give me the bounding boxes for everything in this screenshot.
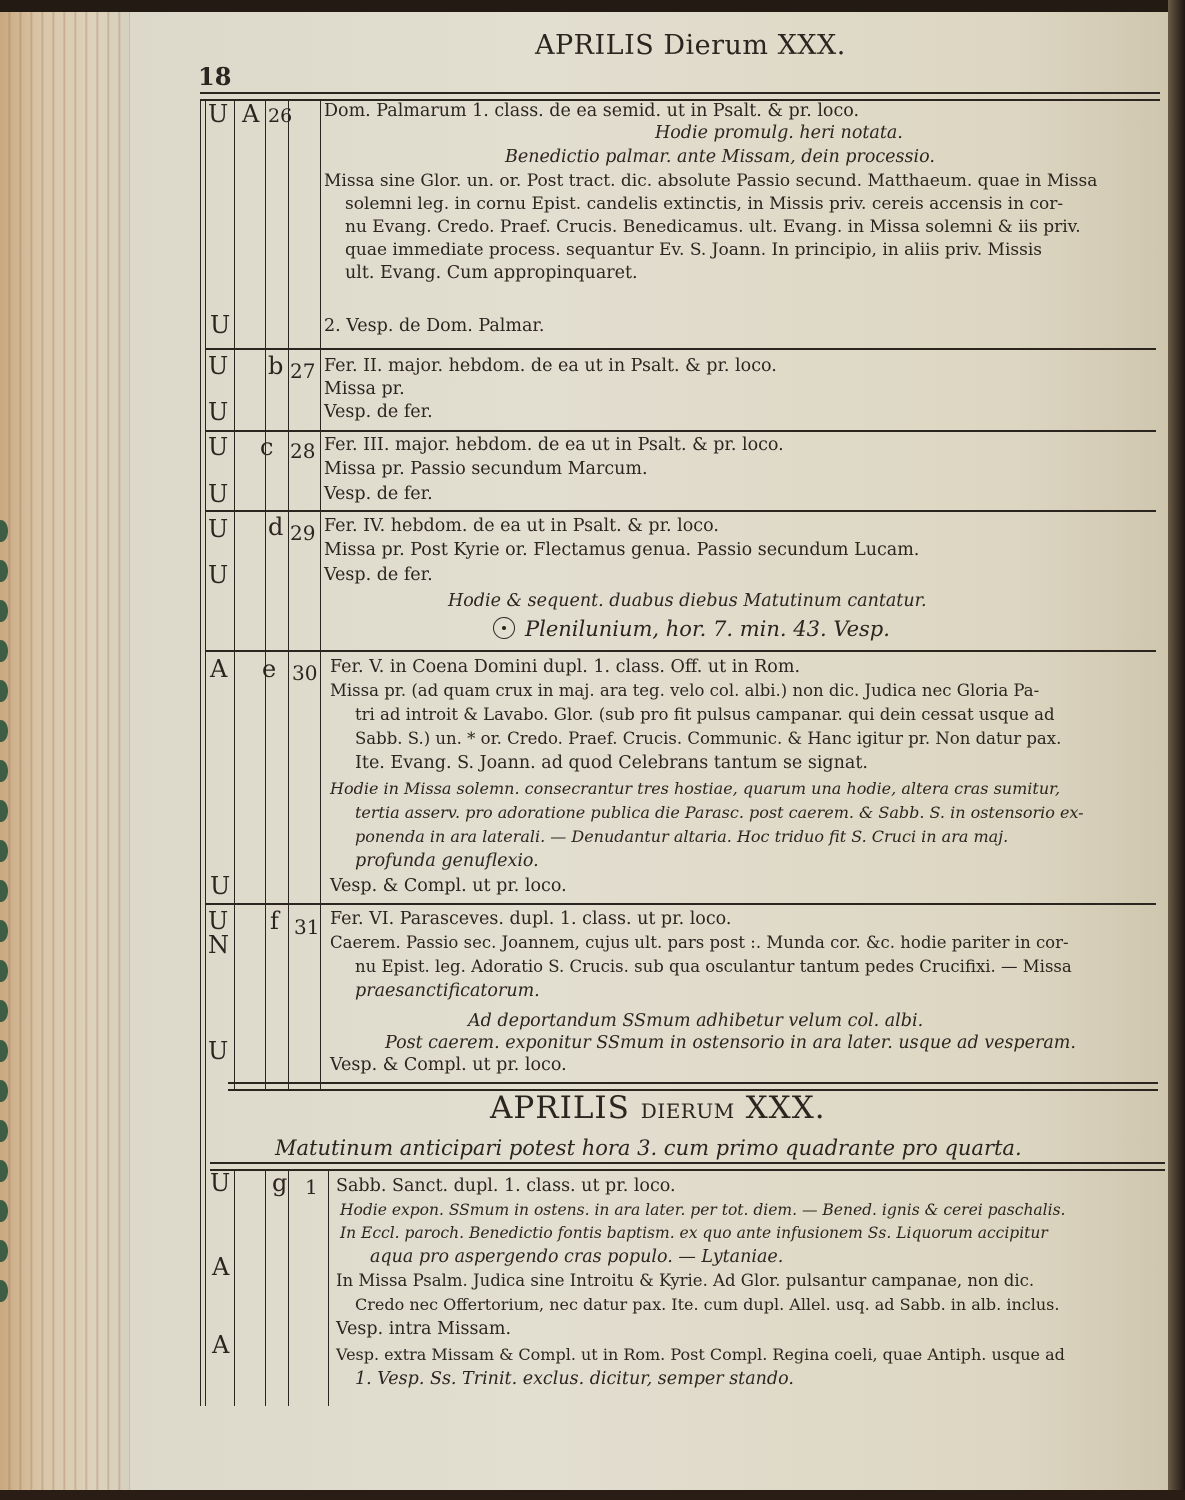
entry-line: tertia asserv. pro adoratione publica di…: [355, 802, 1084, 824]
column-divider-1b: [234, 1170, 235, 1406]
entry-line: Vesp. de fer.: [324, 401, 433, 423]
section-title-main: APRILIS: [490, 1090, 630, 1126]
entry-line: Missa pr. Passio secundum Marcum.: [324, 458, 648, 480]
office-mark: U: [208, 355, 228, 377]
entry-line: nu Evang. Credo. Praef. Crucis. Benedica…: [345, 216, 1081, 238]
entry-rule: [206, 650, 1156, 652]
entry-line: Dom. Palmarum 1. class. de ea semid. ut …: [324, 100, 859, 122]
column-divider-3: [288, 100, 289, 1090]
section-title-small: DIERUM: [641, 1099, 735, 1123]
dominical-letter: A: [242, 103, 259, 125]
entry-line: 2. Vesp. de Dom. Palmar.: [324, 315, 544, 337]
column-divider-2b: [265, 1170, 266, 1406]
full-moon-icon: [493, 617, 515, 639]
day-number: 29: [290, 522, 315, 544]
entry-line: Missa pr.: [324, 378, 405, 400]
entry-line: Fer. V. in Coena Domini dupl. 1. class. …: [330, 656, 800, 678]
day-number: 31: [294, 916, 319, 938]
entry-line: quae immediate process. sequantur Ev. S.…: [345, 239, 1042, 261]
entry-line: profunda genuflexio.: [355, 850, 539, 872]
lunar-note: Plenilunium, hor. 7. min. 43. Vesp.: [493, 616, 890, 642]
office-mark: U: [210, 875, 230, 897]
entry-line: Vesp. de fer.: [324, 483, 433, 505]
entry-line: solemni leg. in cornu Epist. candelis ex…: [345, 193, 1063, 215]
office-mark: U: [208, 564, 228, 586]
entry-line: Hodie & sequent. duabus diebus Matutinum…: [448, 590, 927, 612]
office-mark: U: [208, 103, 228, 125]
entry-line: In Eccl. paroch. Benedictio fontis bapti…: [340, 1222, 1048, 1244]
dominical-letter: c: [260, 436, 273, 458]
book-cover-bottom-edge: [0, 1490, 1185, 1500]
entry-line: Fer. III. major. hebdom. de ea ut in Psa…: [324, 434, 784, 456]
section-bottom-double-rule: [210, 1162, 1165, 1171]
entry-line: Hodie expon. SSmum in ostens. in ara lat…: [340, 1199, 1065, 1221]
entry-line: aqua pro aspergendo cras populo. — Lytan…: [370, 1246, 783, 1268]
entry-rule: [206, 348, 1156, 350]
page-number: 18: [198, 62, 231, 91]
entry-line: Post caerem. exponitur SSmum in ostensor…: [385, 1032, 1076, 1054]
dominical-letter: b: [268, 355, 283, 377]
entry-line: Vesp. intra Missam.: [336, 1318, 511, 1340]
office-mark: A: [210, 658, 227, 680]
entry-line: Hodie in Missa solemn. consecrantur tres…: [330, 778, 1060, 800]
entry-line: Caerem. Passio sec. Joannem, cujus ult. …: [330, 932, 1069, 954]
frame-left-inner: [205, 100, 206, 1406]
day-number: 27: [290, 360, 315, 382]
frame-left-outer: [200, 100, 201, 1406]
dominical-letter: f: [270, 910, 279, 932]
entry-line: Missa pr. Post Kyrie or. Flectamus genua…: [324, 539, 919, 561]
entry-line: Ad deportandum SSmum adhibetur velum col…: [468, 1010, 923, 1032]
day-number: 28: [290, 440, 315, 462]
entry-line: Fer. II. major. hebdom. de ea ut in Psal…: [324, 355, 777, 377]
office-mark: A: [212, 1334, 229, 1356]
entry-line: praesanctificatorum.: [355, 980, 540, 1002]
column-divider-4: [320, 100, 321, 1090]
entry-line: tri ad introit & Lavabo. Glor. (sub pro …: [355, 704, 1055, 726]
entry-line: nu Epist. leg. Adoratio S. Crucis. sub q…: [355, 956, 1072, 978]
office-mark: N: [208, 934, 229, 956]
day-number: 30: [292, 662, 317, 684]
column-divider-4b: [328, 1170, 329, 1406]
entry-line: Vesp. & Compl. ut pr. loco.: [330, 875, 567, 897]
running-head: APRILIS Dierum XXX.: [535, 30, 846, 61]
binding-stitching: [0, 0, 12, 1500]
entry-line: ult. Evang. Cum appropinquaret.: [345, 262, 638, 284]
office-mark: U: [208, 1040, 228, 1062]
entry-line: ponenda in ara laterali. — Denudantur al…: [355, 826, 1008, 848]
entry-line: 1. Vesp. Ss. Trinit. exclus. dicitur, se…: [355, 1368, 794, 1390]
office-mark: U: [208, 910, 228, 932]
page-right-edge-shadow: [1168, 0, 1185, 1500]
office-mark: U: [208, 483, 228, 505]
page-edges: [0, 12, 135, 1497]
office-mark: A: [212, 1256, 229, 1278]
dominical-letter: d: [268, 516, 283, 538]
office-mark: U: [208, 436, 228, 458]
entry-rule: [206, 903, 1156, 905]
day-number: 26: [268, 105, 292, 127]
entry-line: Credo nec Offertorium, nec datur pax. It…: [355, 1294, 1059, 1316]
lunar-note-text: Plenilunium, hor. 7. min. 43. Vesp.: [525, 617, 890, 641]
entry-line: Sabb. S.) un. * or. Credo. Praef. Crucis…: [355, 728, 1061, 750]
entry-line: Missa pr. (ad quam crux in maj. ara teg.…: [330, 680, 1039, 702]
entry-rule: [206, 510, 1156, 512]
entry-line: Missa sine Glor. un. or. Post tract. dic…: [324, 170, 1097, 192]
entry-line: Sabb. Sanct. dupl. 1. class. ut pr. loco…: [336, 1175, 676, 1197]
column-divider-1: [234, 100, 235, 1090]
section-title-number: XXX.: [746, 1090, 826, 1126]
day-number: 1: [305, 1176, 318, 1198]
entry-line: Fer. VI. Parasceves. dupl. 1. class. ut …: [330, 908, 731, 930]
entry-line: Vesp. de fer.: [324, 564, 433, 586]
section-note: Matutinum anticipari potest hora 3. cum …: [275, 1136, 1022, 1160]
section-title: APRILIS DIERUM XXX.: [490, 1090, 826, 1126]
column-divider-3b: [288, 1170, 289, 1406]
entry-line: Hodie promulg. heri notata.: [655, 122, 903, 144]
office-mark: U: [208, 518, 228, 540]
entry-line: Vesp. & Compl. ut pr. loco.: [330, 1054, 567, 1076]
column-divider-2: [265, 100, 266, 1090]
office-mark: U: [210, 314, 230, 336]
entry-line: Vesp. extra Missam & Compl. ut in Rom. P…: [336, 1344, 1065, 1366]
entry-line: In Missa Psalm. Judica sine Introitu & K…: [336, 1270, 1034, 1292]
dominical-letter: e: [262, 658, 276, 680]
office-mark: U: [210, 1172, 230, 1194]
entry-line: Ite. Evang. S. Joann. ad quod Celebrans …: [355, 752, 868, 774]
office-mark: U: [208, 401, 228, 423]
dominical-letter: g: [272, 1172, 287, 1194]
entry-rule: [206, 430, 1156, 432]
entry-line: Benedictio palmar. ante Missam, dein pro…: [505, 146, 935, 168]
entry-line: Fer. IV. hebdom. de ea ut in Psalt. & pr…: [324, 515, 719, 537]
